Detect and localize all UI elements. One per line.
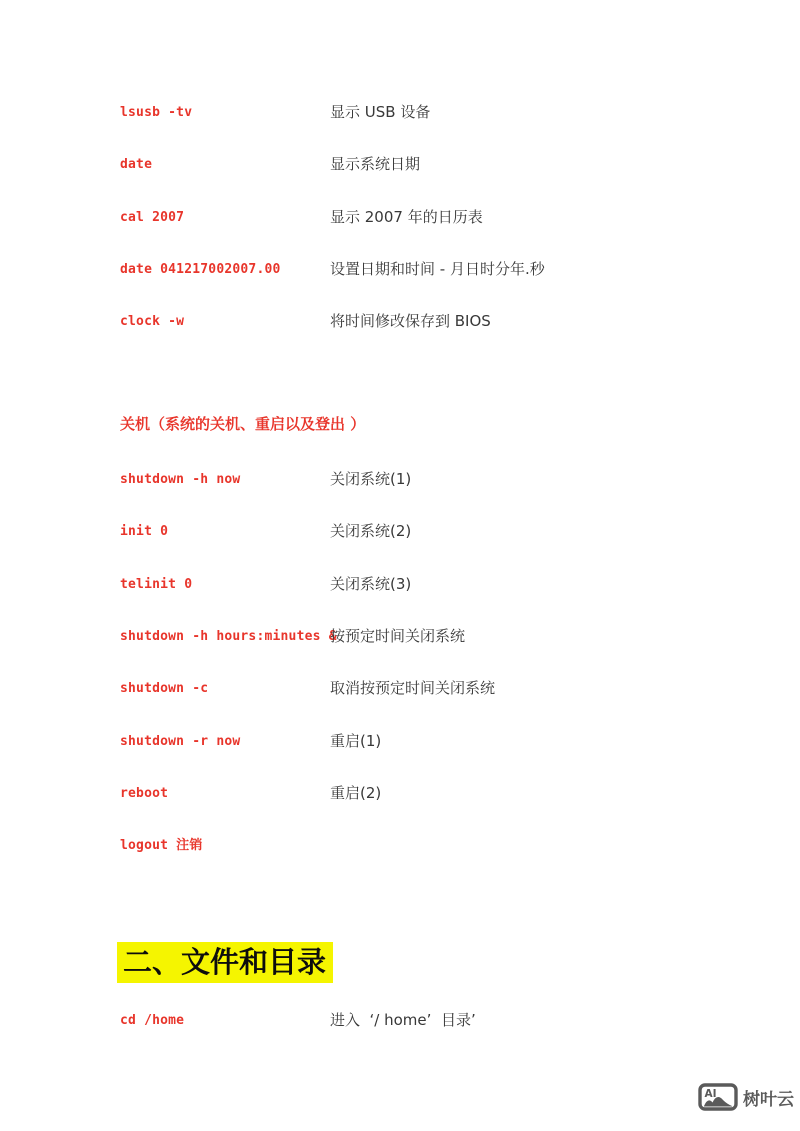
- command-description: 显示 2007 年的日历表: [330, 209, 483, 226]
- command-description: 设置日期和时间 - 月日时分年.秒: [330, 261, 545, 278]
- command-text: reboot: [120, 785, 330, 802]
- command-row: reboot 重启(2): [120, 785, 495, 837]
- command-text: shutdown -r now: [120, 733, 330, 750]
- command-text: clock -w: [120, 313, 330, 330]
- files-commands-list: cd /home 进入 ‘/ home’ 目录’: [120, 1012, 476, 1064]
- command-row: lsusb -tv 显示 USB 设备: [120, 104, 545, 156]
- watermark-logo: AI 树叶云: [698, 1083, 794, 1111]
- command-text: shutdown -c: [120, 680, 330, 697]
- command-description: 将时间修改保存到 BIOS: [330, 313, 491, 330]
- command-row: init 0 关闭系统(2): [120, 523, 495, 575]
- command-text: cd /home: [120, 1012, 330, 1029]
- command-description: 重启(2): [330, 785, 381, 802]
- time-commands-list: lsusb -tv 显示 USB 设备 date 显示系统日期 cal 2007…: [120, 104, 545, 366]
- command-description: 显示 USB 设备: [330, 104, 430, 121]
- shutdown-commands-list: shutdown -h now 关闭系统(1) init 0 关闭系统(2) t…: [120, 471, 495, 890]
- command-description: 关闭系统(2): [330, 523, 411, 540]
- command-text: telinit 0: [120, 576, 330, 593]
- svg-text:AI: AI: [705, 1088, 717, 1100]
- command-description: 取消按预定时间关闭系统: [330, 680, 495, 697]
- command-text: shutdown -h now: [120, 471, 330, 488]
- command-description: 按预定时间关闭系统: [330, 628, 465, 645]
- command-text: date 041217002007.00: [120, 261, 330, 278]
- command-description: 进入 ‘/ home’ 目录’: [330, 1012, 476, 1029]
- watermark-brand-text: 树叶云: [743, 1085, 794, 1110]
- command-row: date 041217002007.00 设置日期和时间 - 月日时分年.秒: [120, 261, 545, 313]
- command-text: shutdown -h hours:minutes &: [120, 628, 330, 645]
- command-description: 关闭系统(1): [330, 471, 411, 488]
- chapter-heading-files-and-directories: 二、文件和目录: [117, 942, 333, 983]
- command-row: shutdown -h now 关闭系统(1): [120, 471, 495, 523]
- command-row: logout 注销: [120, 837, 495, 889]
- ai-image-icon: AI: [698, 1083, 738, 1111]
- shutdown-section-heading: 关机（系统的关机、重启以及登出 ）: [120, 413, 365, 434]
- command-text: lsusb -tv: [120, 104, 330, 121]
- command-description: 关闭系统(3): [330, 576, 411, 593]
- command-text: init 0: [120, 523, 330, 540]
- command-row: shutdown -h hours:minutes & 按预定时间关闭系统: [120, 628, 495, 680]
- document-page: lsusb -tv 显示 USB 设备 date 显示系统日期 cal 2007…: [0, 0, 800, 1131]
- command-row: cal 2007 显示 2007 年的日历表: [120, 209, 545, 261]
- command-row: shutdown -r now 重启(1): [120, 733, 495, 785]
- command-row: date 显示系统日期: [120, 156, 545, 208]
- command-text: logout 注销: [120, 837, 330, 854]
- command-description: 显示系统日期: [330, 156, 420, 173]
- command-row: clock -w 将时间修改保存到 BIOS: [120, 313, 545, 365]
- command-text: cal 2007: [120, 209, 330, 226]
- command-row: telinit 0 关闭系统(3): [120, 576, 495, 628]
- command-text: date: [120, 156, 330, 173]
- command-row: cd /home 进入 ‘/ home’ 目录’: [120, 1012, 476, 1064]
- command-description: 重启(1): [330, 733, 381, 750]
- command-row: shutdown -c 取消按预定时间关闭系统: [120, 680, 495, 732]
